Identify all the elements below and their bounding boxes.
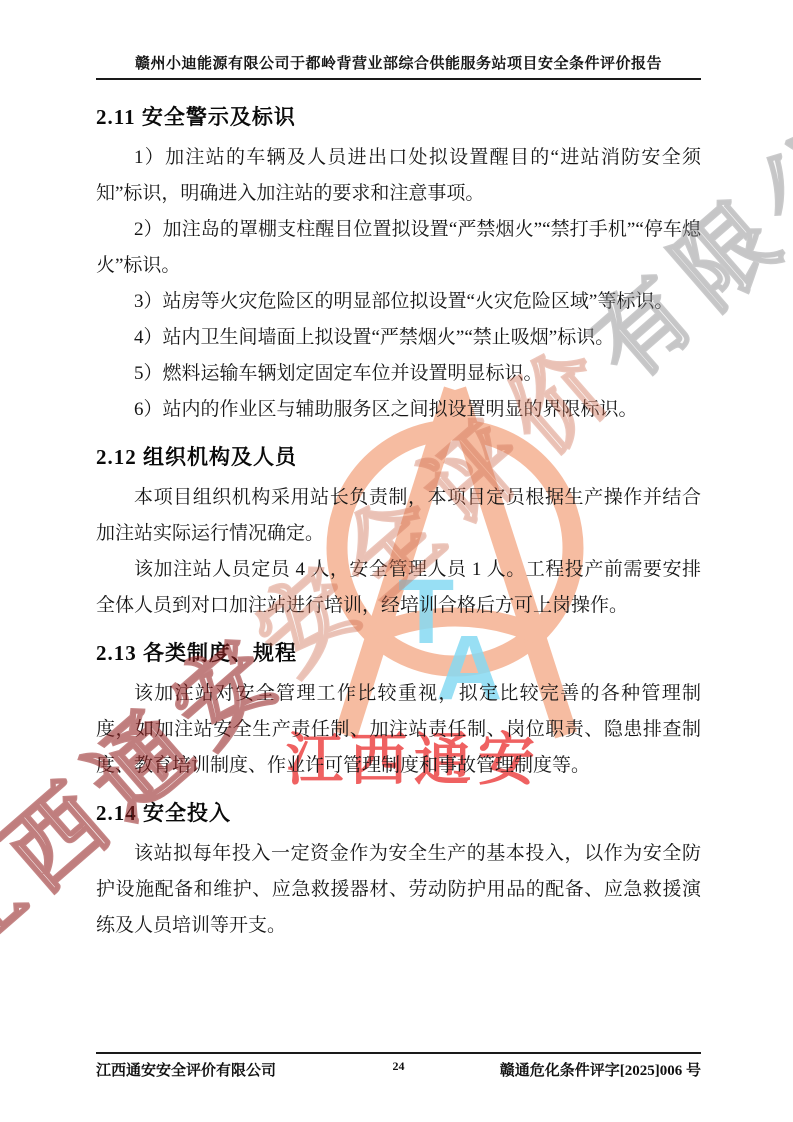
page-header: 赣州小迪能源有限公司于都岭背营业部综合供能服务站项目安全条件评价报告: [96, 0, 701, 80]
section-heading-2-13: 2.13 各类制度、规程: [96, 637, 701, 667]
section-heading-2-12: 2.12 组织机构及人员: [96, 441, 701, 471]
paragraph: 4）站内卫生间墙面上拟设置“严禁烟火”“禁止吸烟”标识。: [96, 320, 701, 356]
report-page: T A 江西通安 赣州小迪能源有限公司于都岭背营业部综合供能服务站项目安全条件评…: [0, 0, 793, 1122]
paragraph: 2）加注岛的罩棚支柱醒目位置拟设置“严禁烟火”“禁打手机”“停车熄火”标识。: [96, 212, 701, 284]
footer-doc-code: 赣通危化条件评字[2025]006 号: [500, 1059, 701, 1080]
paragraph: 3）站房等火灾危险区的明显部位拟设置“火灾危险区域”等标识。: [96, 284, 701, 320]
footer-page-number: 24: [393, 1059, 405, 1074]
footer-company: 江西通安安全评价有限公司: [96, 1059, 276, 1080]
paragraph: 5）燃料运输车辆划定固定车位并设置明显标识。: [96, 356, 701, 392]
paragraph: 该加注站对安全管理工作比较重视，拟定比较完善的各种管理制度，如加注站安全生产责任…: [96, 676, 701, 784]
paragraph: 该加注站人员定员 4 人，安全管理人员 1 人。工程投产前需要安排全体人员到对口…: [96, 552, 701, 624]
header-title: 赣州小迪能源有限公司于都岭背营业部综合供能服务站项目安全条件评价报告: [96, 52, 701, 80]
paragraph: 1）加注站的车辆及人员进出口处拟设置醒目的“进站消防安全须知”标识，明确进入加注…: [96, 140, 701, 212]
paragraph: 6）站内的作业区与辅助服务区之间拟设置明显的界限标识。: [96, 392, 701, 428]
paragraph: 该站拟每年投入一定资金作为安全生产的基本投入，以作为安全防护设施配备和维护、应急…: [96, 836, 701, 944]
page-footer: 江西通安安全评价有限公司 24 赣通危化条件评字[2025]006 号: [96, 1052, 701, 1080]
section-heading-2-14: 2.14 安全投入: [96, 797, 701, 827]
document-body: 2.11 安全警示及标识 1）加注站的车辆及人员进出口处拟设置醒目的“进站消防安…: [96, 88, 701, 944]
paragraph: 本项目组织机构采用站长负责制，本项目定员根据生产操作并结合加注站实际运行情况确定…: [96, 480, 701, 552]
section-heading-2-11: 2.11 安全警示及标识: [96, 101, 701, 131]
